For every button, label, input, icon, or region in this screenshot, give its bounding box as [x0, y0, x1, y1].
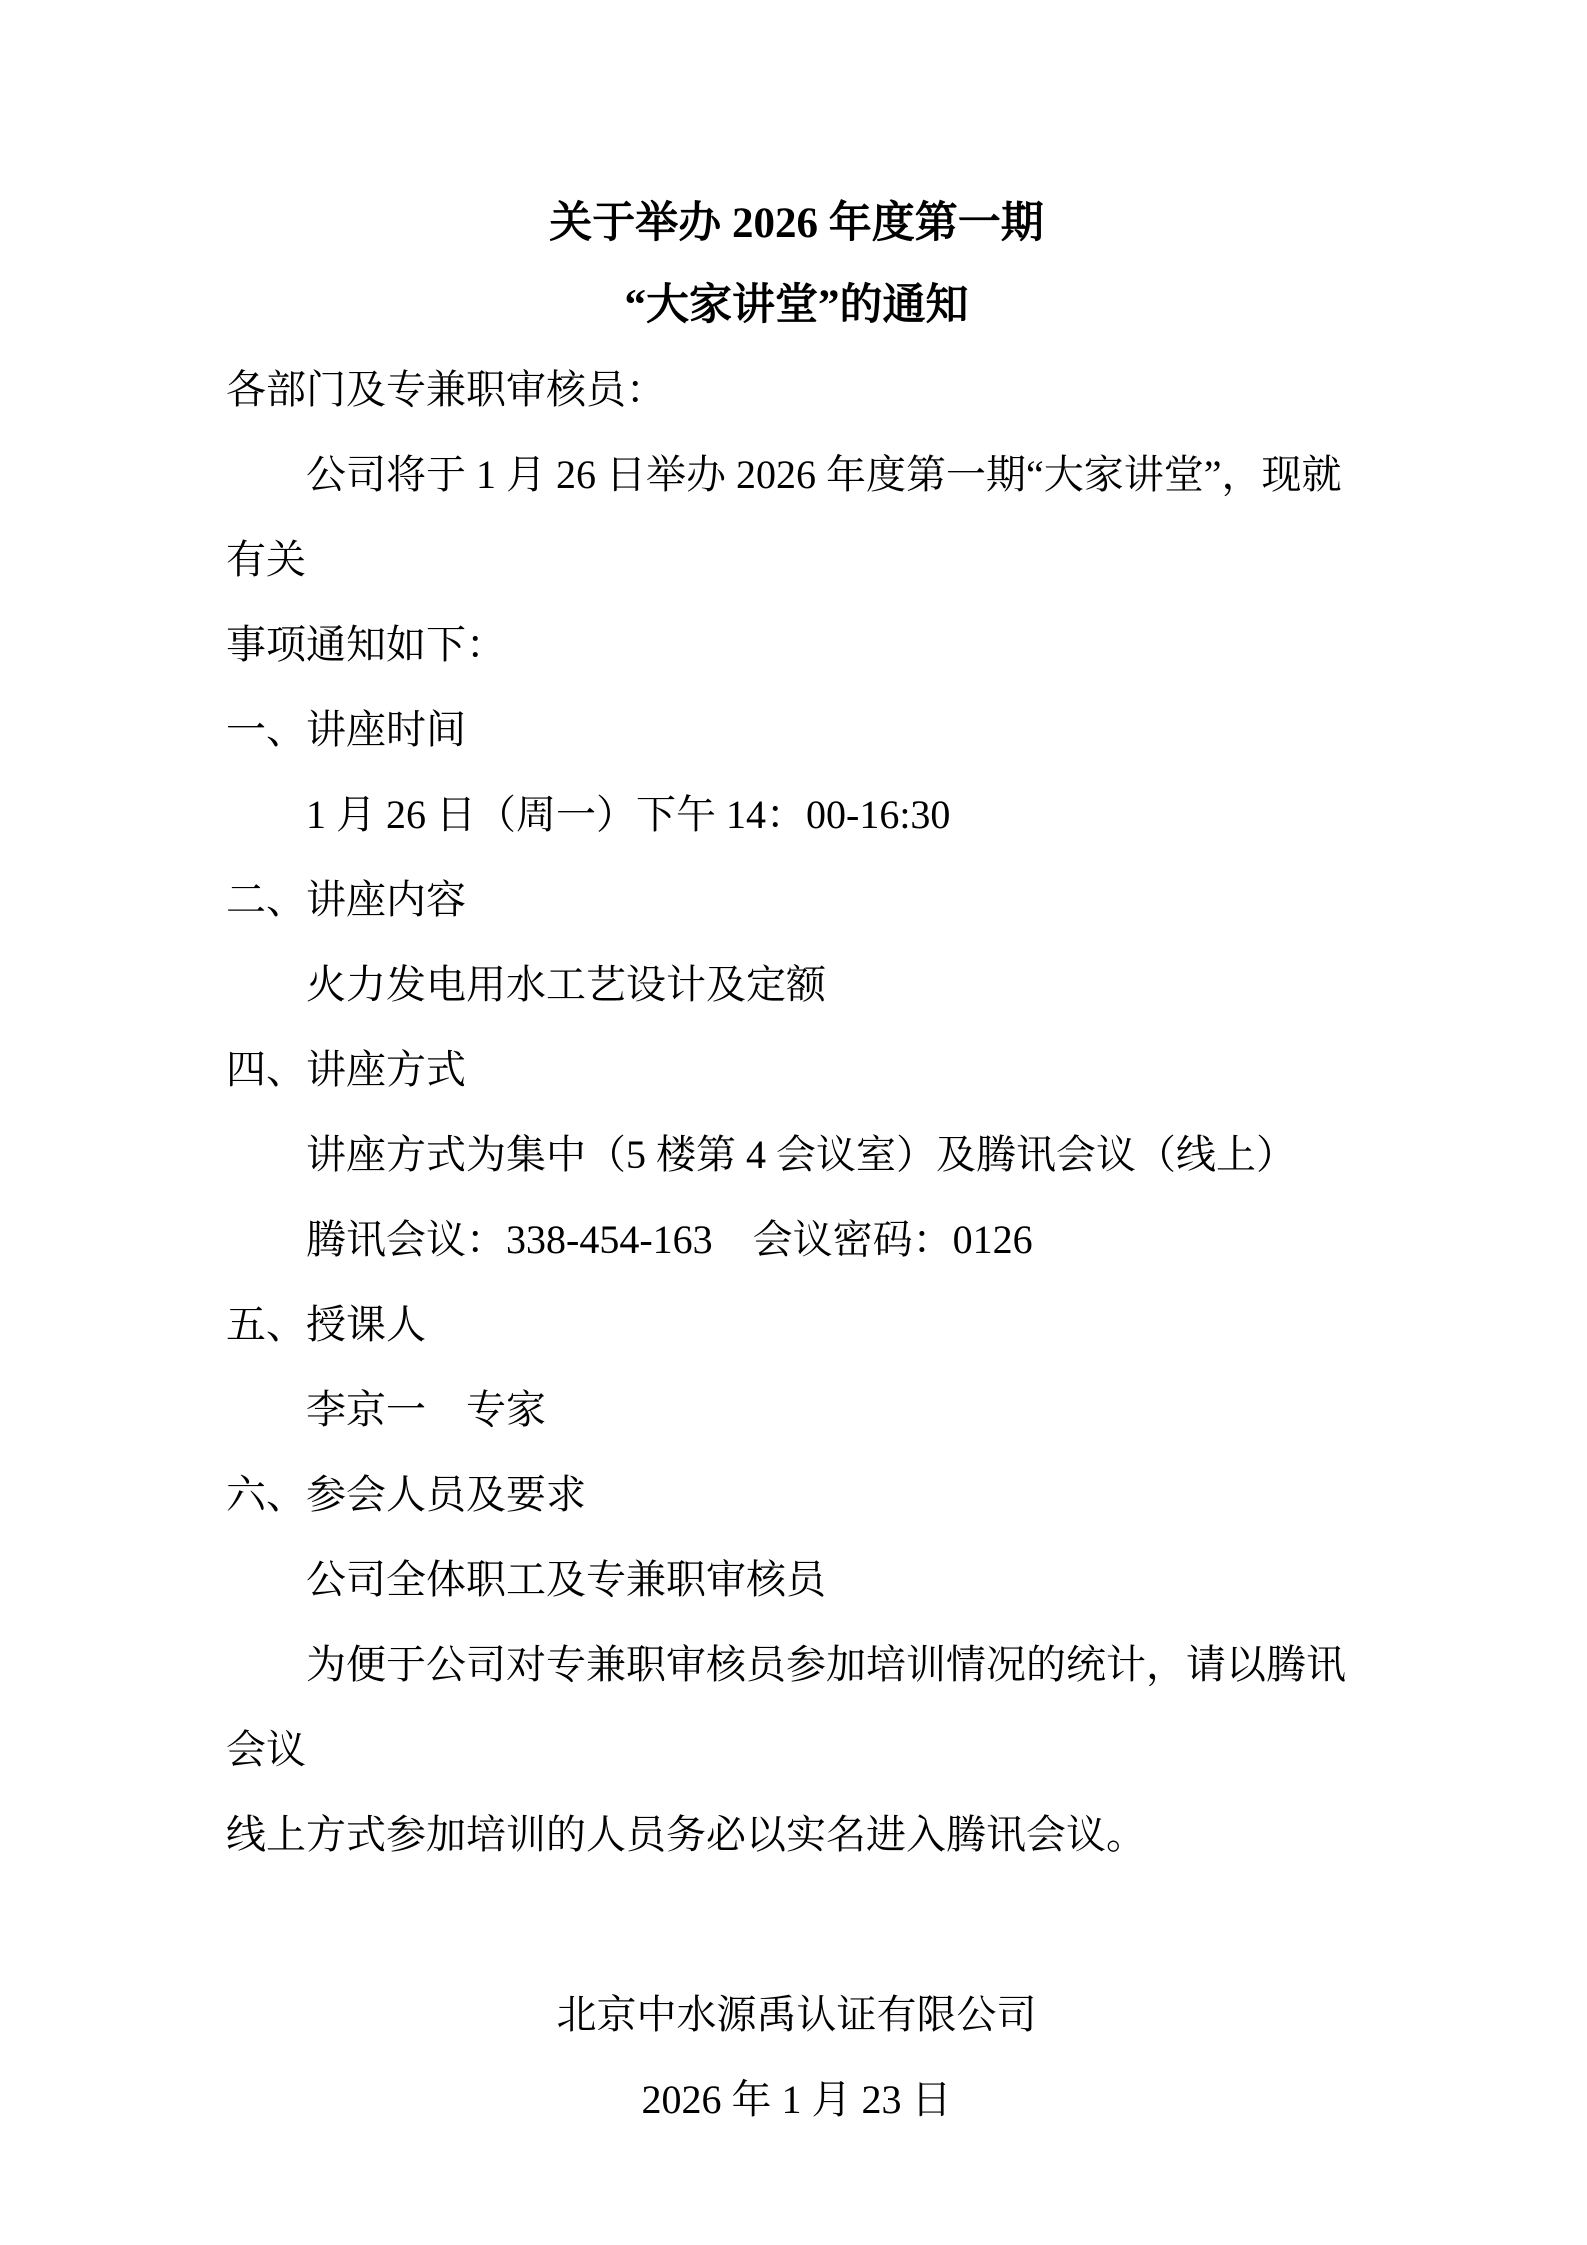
signature-date: 2026 年 1 月 23 日: [226, 2057, 1367, 2142]
section-6-body-participants: 公司全体职工及专兼职审核员: [226, 1537, 1367, 1622]
document-title-line-2: “大家讲堂”的通知: [226, 265, 1367, 347]
intro-paragraph-line-1: 公司将于 1 月 26 日举办 2026 年度第一期“大家讲堂”，现就有关: [226, 432, 1367, 602]
section-2-body-lecture-content: 火力发电用水工艺设计及定额: [226, 942, 1367, 1027]
section-4-body-lecture-format: 讲座方式为集中（5 楼第 4 会议室）及腾讯会议（线上）: [226, 1112, 1367, 1197]
section-6-heading: 六、参会人员及要求: [226, 1452, 1367, 1537]
section-4-body-meeting-id-password: 腾讯会议：338-454-163 会议密码：0126: [226, 1197, 1367, 1282]
intro-paragraph-line-2: 事项通知如下：: [226, 602, 1367, 687]
section-5-body-lecturer: 李京一 专家: [226, 1367, 1367, 1452]
section-6-body-requirement-line-1: 为便于公司对专兼职审核员参加培训情况的统计，请以腾讯会议: [226, 1622, 1367, 1792]
signature-company-name: 北京中水源禹认证有限公司: [226, 1972, 1367, 2057]
salutation: 各部门及专兼职审核员：: [226, 347, 1367, 432]
signature-block: 北京中水源禹认证有限公司 2026 年 1 月 23 日: [226, 1972, 1367, 2142]
section-2-heading: 二、讲座内容: [226, 857, 1367, 942]
section-5-heading: 五、授课人: [226, 1282, 1367, 1367]
section-4-heading: 四、讲座方式: [226, 1027, 1367, 1112]
section-1-heading: 一、讲座时间: [226, 687, 1367, 772]
section-6-body-requirement-line-2: 线上方式参加培训的人员务必以实名进入腾讯会议。: [226, 1792, 1367, 1877]
notice-document-page: 关于举办 2026 年度第一期 “大家讲堂”的通知 各部门及专兼职审核员： 公司…: [0, 0, 1587, 2245]
section-1-body-lecture-time: 1 月 26 日（周一）下午 14：00-16:30: [226, 772, 1367, 857]
document-title-line-1: 关于举办 2026 年度第一期: [226, 183, 1367, 265]
